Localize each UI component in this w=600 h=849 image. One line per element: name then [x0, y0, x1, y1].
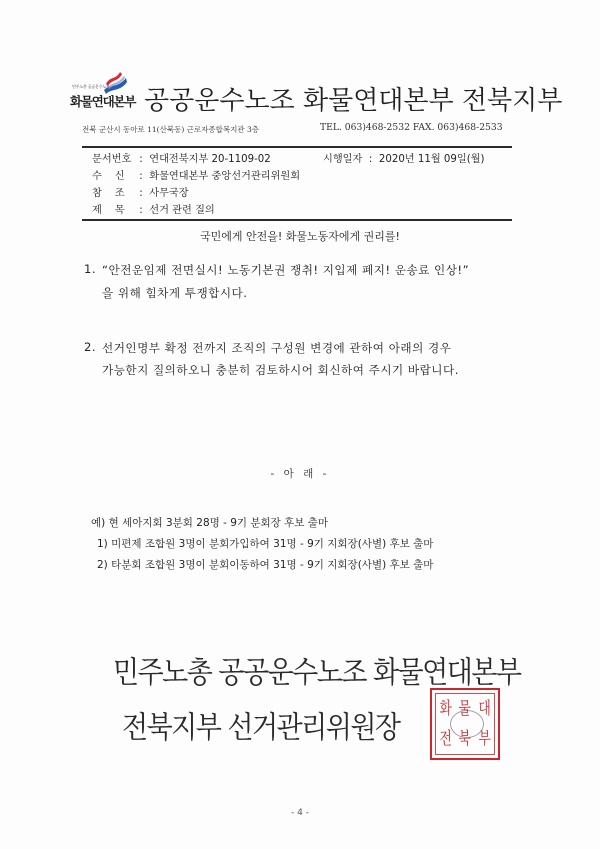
paragraph-1-line-1: “안전운임제 전면실시! 노동기본권 쟁취! 지입제 폐지! 운송료 인상!” [102, 262, 469, 278]
date-label: 시행일자 [323, 154, 362, 165]
seal-circle-mark-icon [450, 710, 484, 738]
date-value: 2020년 11월 09일(월) [379, 154, 485, 165]
colon: : [136, 188, 146, 199]
subject-value: 선거 관련 질의 [149, 205, 215, 216]
address: 전북 군산시 동아로 11(산북동) 근로자종합복지관 3층 [82, 124, 259, 135]
contact-info: TEL. 063)468-2532 FAX. 063)468-2533 [320, 122, 503, 133]
document-page: 민주노총 공공운수노조 화물연대본부 공공운수노조 화물연대본부 전북지부 전북… [0, 0, 600, 849]
subject-row: 제 목: 선거 관련 질의 [92, 201, 215, 216]
header-bottom-divider [82, 219, 512, 221]
paragraph-2-line-1: 선거인명부 확정 전까지 조직의 구성원 변경에 관하여 아래의 경우 [102, 340, 451, 356]
reference-value: 사무국장 [149, 188, 188, 199]
seal-char: 화 [438, 701, 452, 718]
colon: : [136, 171, 146, 182]
closing-line-1: 민주노총 공공운수노조 화물연대본부 [113, 648, 520, 692]
logo-name: 화물연대본부 [70, 92, 135, 110]
reference-label: 참 조 [92, 184, 136, 199]
paragraph-1-number: 1. [84, 262, 96, 276]
paragraph-2-line-2: 가능한지 질의하오니 충분히 검토하시어 회신하여 주시기 바랍니다. [102, 362, 459, 378]
org-title: 공공운수노조 화물연대본부 전북지부 [144, 80, 562, 117]
paragraph-2-number: 2. [84, 340, 96, 354]
case-item-2: 2) 타분회 조합원 3명이 분회이동하여 31명 - 9기 지회장(사별) 후… [97, 557, 433, 572]
recipient-label: 수 신 [92, 167, 136, 182]
logo-tagline: 민주노총 공공운수노조 [72, 84, 110, 90]
header-top-divider [82, 146, 512, 148]
page-number: - 4 - [0, 808, 600, 818]
colon: : [366, 154, 376, 165]
colon: : [136, 154, 146, 165]
seal-char: 전 [438, 731, 452, 748]
doc-number-value: 연대전북지부 20-1109-02 [149, 154, 271, 165]
doc-number-row: 문서번호: 연대전북지부 20-1109-02 [92, 150, 271, 165]
case-item-1: 1) 미편제 조합원 3명이 분회가입하여 31명 - 9기 지회장(사별) 후… [97, 536, 433, 551]
slogan: 국민에게 안전을! 화물노동자에게 권리를! [0, 228, 600, 244]
official-seal: 화 물 대 전 북 부 [430, 688, 500, 760]
date-row: 시행일자 : 2020년 11월 09일(월) [323, 150, 485, 165]
recipient-value: 화물연대본부 중앙선거관리위원회 [149, 171, 300, 182]
reference-row: 참 조: 사무국장 [92, 184, 189, 199]
paragraph-1-line-2: 을 위해 힘차게 투쟁합시다. [102, 285, 247, 301]
example-item: 예) 현 세아지회 3분회 28명 - 9기 분회장 후보 출마 [91, 515, 328, 530]
recipient-row: 수 신: 화물연대본부 중앙선거관리위원회 [92, 167, 300, 182]
colon: : [136, 205, 146, 216]
subject-label: 제 목 [92, 201, 136, 216]
closing-line-2: 전북지부 선거관리위원장 [122, 703, 399, 747]
doc-number-label: 문서번호 [92, 150, 136, 165]
union-logo: 민주노총 공공운수노조 화물연대본부 [72, 70, 128, 112]
below-section-label: - 아 래 - [0, 466, 600, 481]
